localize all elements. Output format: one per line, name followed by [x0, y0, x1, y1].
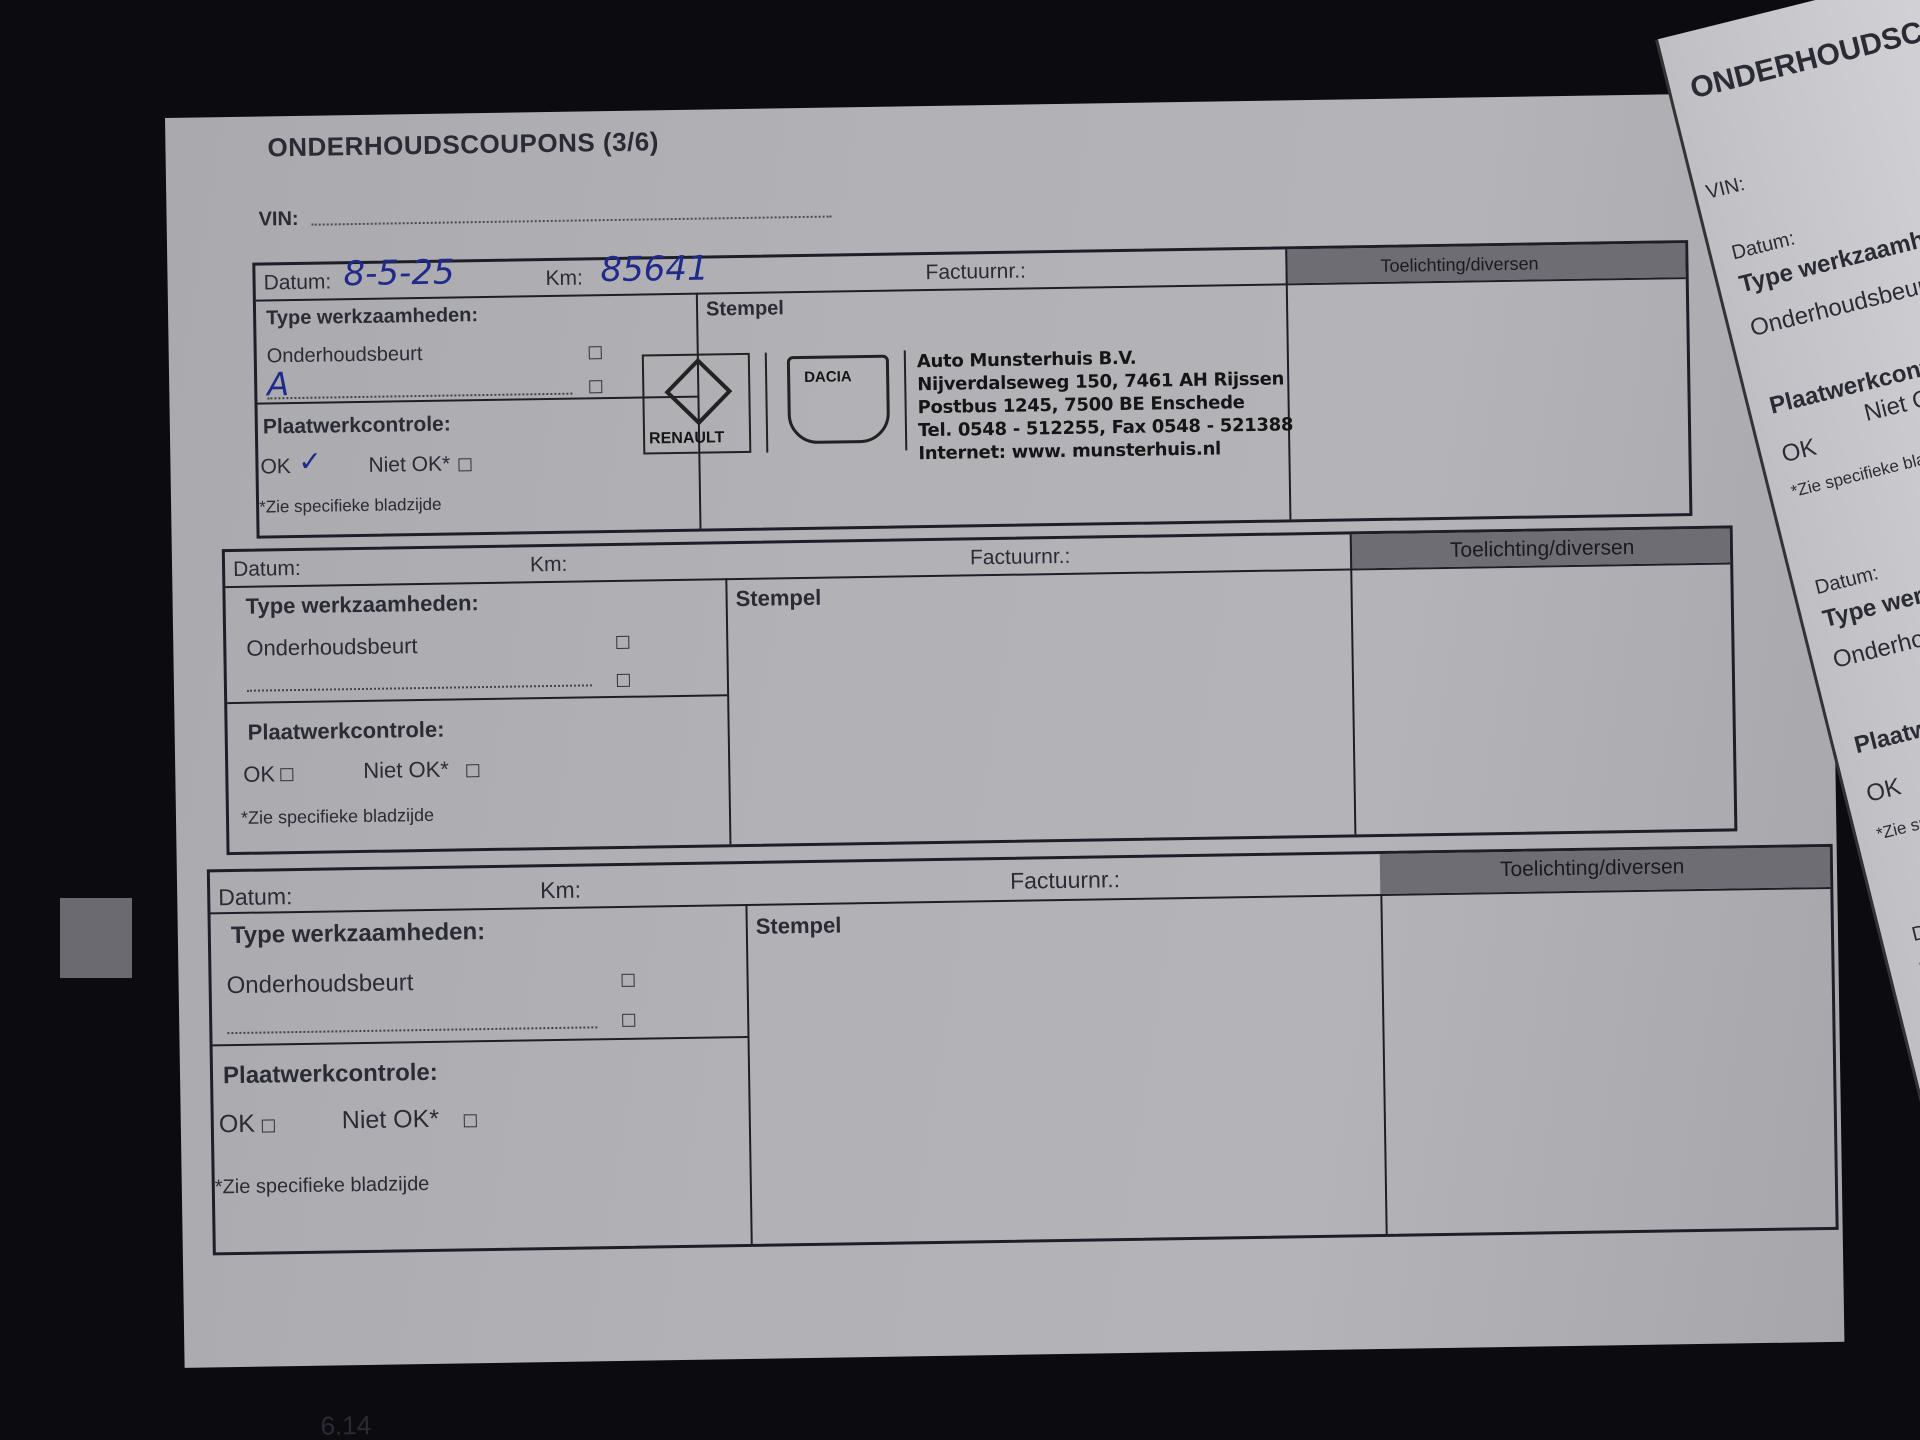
onderhoudsbeurt-option[interactable]: Onderhoudsbeurt: [246, 633, 418, 662]
ok-label: OK: [219, 1110, 256, 1140]
page-number: 6.14: [320, 1410, 371, 1440]
footnote: *Zie specifieke bladzijde: [215, 1173, 430, 1199]
vin-field[interactable]: [312, 216, 832, 226]
extra-work-checkbox[interactable]: [589, 380, 602, 393]
ok-checkmark[interactable]: ✓: [298, 445, 322, 478]
factuurnr-label: Factuurnr.:: [970, 545, 1071, 571]
niet-ok-checkbox[interactable]: [464, 1114, 477, 1127]
ok-label: OK: [243, 761, 275, 787]
datum-label: Datum:: [218, 883, 293, 911]
onderhoudsbeurt-checkbox[interactable]: [622, 974, 635, 987]
onderhoudsbeurt-checkbox[interactable]: [616, 636, 629, 649]
niet-ok-checkbox[interactable]: [458, 458, 471, 471]
type-werkzaamheden-label: Type werkzaamheden:: [266, 304, 478, 330]
plaatwerkcontrole-label: Plaatwerkcontrole:: [263, 413, 451, 440]
plaatwerkcontrole-label: Plaatwerkcontrole:: [223, 1059, 438, 1090]
km-value[interactable]: 85641: [600, 248, 709, 290]
next-page-title: ONDERHOUDSCO: [1687, 10, 1920, 106]
stempel-label: Stempel: [756, 912, 842, 939]
niet-ok-label: Niet OK*: [368, 453, 450, 478]
km-label: Km:: [540, 877, 581, 905]
page-title: ONDERHOUDSCOUPONS (3/6): [267, 126, 659, 163]
footnote: *Zie specifieke bladzijde: [241, 805, 434, 829]
extra-work-checkbox[interactable]: [622, 1014, 635, 1027]
coupon-2: Datum: Km: Factuurnr.: Toelichting/diver…: [222, 525, 1738, 855]
plaatwerkcontrole-label: Plaatwerkcontrole:: [247, 717, 444, 746]
index-tab: [60, 898, 132, 978]
ok-label: OK: [260, 455, 291, 479]
factuurnr-label: Factuurnr.:: [925, 259, 1026, 285]
coupon-header: Datum: Km: Factuurnr.: Toelichting/diver…: [210, 847, 1830, 914]
niet-ok-label: Niet OK*: [363, 757, 449, 784]
coupon-3: Datum: Km: Factuurnr.: Toelichting/diver…: [207, 844, 1839, 1255]
stempel-label: Stempel: [735, 585, 821, 612]
km-label: Km:: [545, 266, 583, 291]
niet-ok-checkbox[interactable]: [466, 764, 479, 777]
ok-checkbox[interactable]: [280, 768, 293, 781]
niet-ok-label: Niet OK*: [342, 1105, 440, 1136]
coupon-1: Datum: 8-5-25 Km: 85641 Factuurnr.: Toel…: [252, 240, 1692, 539]
renault-logo: RENAULT: [642, 353, 752, 455]
footnote: *Zie specifieke bladzijde: [259, 495, 442, 518]
datum-value[interactable]: 8-5-25: [343, 252, 455, 294]
onderhoudsbeurt-option[interactable]: Onderhoudsbeurt: [226, 969, 413, 1000]
next-page-text: OK: [1864, 773, 1904, 809]
km-label: Km:: [530, 553, 568, 578]
datum-label: Datum:: [233, 557, 301, 582]
toelichting-label: Toelichting/diversen: [1380, 253, 1538, 276]
next-page-text: Datum:: [1910, 909, 1920, 947]
vin-label: VIN:: [258, 208, 298, 232]
onderhoudsbeurt-checkbox[interactable]: [589, 346, 602, 359]
booklet-page: ONDERHOUDSCOUPONS (3/6) VIN: Datum: 8-5-…: [165, 92, 1844, 1368]
type-werkzaamheden-label: Type werkzaamheden:: [231, 918, 486, 950]
toelichting-label: Toelichting/diversen: [1450, 536, 1635, 563]
next-page-text: Plaatwerkcon: [1852, 696, 1920, 761]
next-page-text: OK: [1779, 434, 1819, 470]
onderhoudsbeurt-option[interactable]: Onderhoudsbeurt: [267, 343, 423, 368]
coupon-header: Datum: Km: Factuurnr.: Toelichting/diver…: [225, 528, 1730, 588]
datum-label: Datum:: [263, 270, 331, 295]
stempel-label: Stempel: [706, 297, 784, 321]
factuurnr-label: Factuurnr.:: [1010, 866, 1120, 895]
ok-checkbox[interactable]: [262, 1119, 275, 1132]
dealer-address: Auto Munsterhuis B.V. Nijverdalseweg 150…: [917, 344, 1294, 465]
next-page-vin-label: VIN:: [1704, 173, 1747, 205]
extra-work-checkbox[interactable]: [617, 674, 630, 687]
dealer-stamp: RENAULT DACIA Auto Munsterhuis B.V. Nijv…: [642, 344, 1294, 474]
dacia-logo: DACIA: [787, 355, 890, 445]
type-werkzaamheden-label: Type werkzaamheden:: [245, 590, 479, 620]
toelichting-label: Toelichting/diversen: [1500, 855, 1685, 882]
coupon-header: Datum: 8-5-25 Km: 85641 Factuurnr.: Toel…: [255, 243, 1685, 301]
